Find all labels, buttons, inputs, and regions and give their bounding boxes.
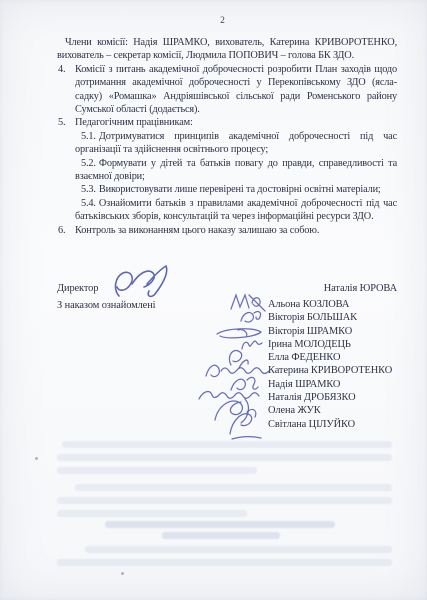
signature-molodets-ink [242, 341, 262, 349]
bleedthrough-heading-line [162, 532, 280, 539]
signatory-name: Альона КОЗЛОВА [268, 298, 392, 311]
signature-fedenko-ink [229, 350, 248, 368]
signatory-name: Ірина МОЛОДЕЦЬ [268, 338, 392, 351]
director-name: Наталія ЮРОВА [324, 283, 397, 294]
list-item-5-number: 5. [58, 116, 65, 129]
list-item-5-2: 5.2.Формувати у дітей та батьків повагу … [75, 157, 397, 184]
bleedthrough-line [62, 441, 392, 448]
signatory-name: Наталія ДРОБЯЗКО [268, 391, 392, 404]
list-item-5-2-number: 5.2. [81, 158, 96, 169]
list-item-5-4: 5.4.Ознайомити батьків з правилами акаде… [75, 197, 397, 224]
bleedthrough-line [57, 467, 257, 474]
list-item-5-1-text: Дотримуватися принципів академічної добр… [75, 131, 397, 155]
bleedthrough-line [57, 559, 392, 566]
list-item-5: 5. Педагогічним працівникам: 5.1.Дотриму… [57, 116, 397, 223]
signature-drobyazko-ink [199, 392, 259, 399]
scanned-document-page: 2 Члени комісії: Надія ШРАМКО, виховател… [0, 0, 427, 600]
signatory-name: Надія ШРАМКО [268, 378, 392, 391]
signature-bolshak-ink [241, 312, 261, 322]
bleedthrough-line [75, 484, 392, 491]
list-item-5-3: 5.3.Використовувати лише перевірені та д… [75, 183, 397, 196]
signature-shramko-n-ink [231, 377, 258, 390]
list-item-6: 6. Контроль за виконанням цього наказу з… [57, 224, 397, 237]
list-item-5-3-number: 5.3. [81, 184, 96, 195]
scan-speck [121, 572, 124, 575]
signatory-name: Катерина КРИВОРОТЕНКО [268, 364, 392, 377]
list-item-5-1-number: 5.1. [81, 131, 96, 142]
signatories-list: Альона КОЗЛОВА Вікторія БОЛЬШАК Вікторія… [268, 298, 392, 431]
signature-zhuk-ink [215, 399, 248, 423]
list-item-5-2-text: Формувати у дітей та батьків повагу до п… [75, 158, 397, 182]
page-number: 2 [9, 16, 427, 26]
acknowledged-label: З наказом ознайомлені [57, 300, 155, 311]
signatory-name: Світлана ЦІЛУЙКО [268, 418, 392, 431]
signature-kryvorotenko-ink [206, 365, 269, 376]
bleedthrough-line [57, 454, 392, 461]
signatory-name: Олена ЖУК [268, 404, 392, 417]
director-label: Директор [57, 283, 98, 294]
bleedthrough-heading-line [105, 521, 335, 528]
signature-kozlova-ink [231, 295, 265, 311]
list-item-4: 4. Комісії з питань академічної доброчес… [57, 63, 397, 117]
paragraph-committee-members: Члени комісії: Надія ШРАМКО, вихователь,… [57, 36, 397, 63]
list-item-5-4-number: 5.4. [81, 198, 96, 209]
director-signature-row: Директор Наталія ЮРОВА [57, 283, 397, 294]
list-item-5-4-text: Ознайомити батьків з правилами академічн… [75, 198, 397, 222]
bleedthrough-line [57, 510, 247, 517]
list-item-5-1: 5.1.Дотримуватися принципів академічної … [75, 130, 397, 157]
list-item-4-text: Комісії з питань академічної доброчеснос… [75, 63, 397, 117]
list-item-4-number: 4. [58, 63, 65, 76]
bleedthrough-line [85, 546, 392, 553]
signature-tsiluyko-ink [230, 410, 261, 439]
list-item-6-number: 6. [58, 224, 65, 237]
list-item-5-text: Педагогічним працівникам: [75, 116, 397, 129]
list-item-5-3-text: Використовувати лише перевірені та досто… [99, 184, 381, 195]
bleedthrough-line [57, 497, 392, 504]
signature-shramko-v-ink [217, 329, 261, 338]
signatory-name: Елла ФЕДЕНКО [268, 351, 392, 364]
signatory-name: Вікторія БОЛЬШАК [268, 311, 392, 324]
signatory-name: Вікторія ШРАМКО [268, 325, 392, 338]
list-item-6-text: Контроль за виконанням цього наказу зали… [75, 224, 397, 237]
scan-speck [35, 457, 38, 460]
document-body: Члени комісії: Надія ШРАМКО, вихователь,… [57, 36, 397, 237]
